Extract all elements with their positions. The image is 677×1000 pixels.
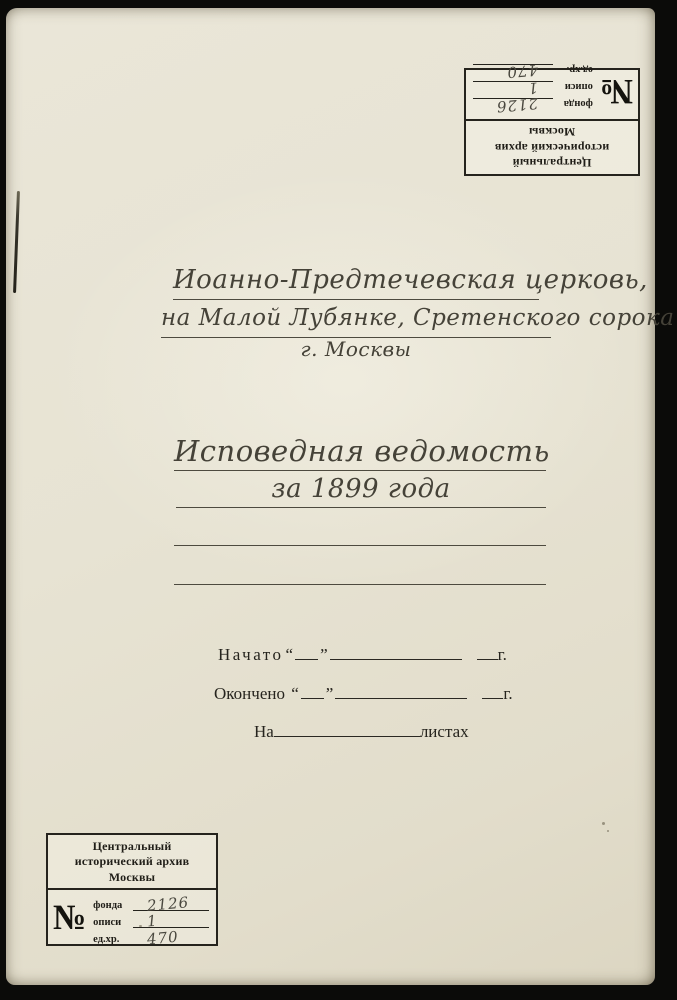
church-name-line3-handwritten: г. Москвы: [256, 337, 456, 361]
stamp-title-line: исторический архив: [50, 854, 214, 869]
edhr-label: ед.хр.: [93, 934, 133, 945]
paper-speck: [607, 830, 609, 832]
edhr-number-handwritten: 470: [506, 61, 539, 82]
paper-speck: [139, 925, 142, 927]
archive-stamp-top: Центральный исторический архив Москвы № …: [464, 68, 640, 176]
church-name-line2-handwritten: на Малой Лубянке, Сретенского сорока: [161, 305, 551, 338]
document-type-handwritten: Исповедная ведомость: [174, 434, 546, 471]
archive-stamp-top-fields: фонда 2126 описи 1 ед.хр. 470: [473, 64, 593, 117]
edhr-blank-line: 470: [133, 927, 209, 945]
finished-label: Окончено: [214, 684, 285, 703]
church-name-line1-handwritten: Иоанно-Предтечевская церковь,: [173, 265, 539, 300]
paper-speck: [602, 822, 605, 825]
numero-sign: №: [600, 73, 633, 109]
empty-ruled-line: [174, 511, 546, 546]
started-form-line: Начато“”г.: [218, 645, 507, 665]
stamp-title-line: исторический архив: [468, 139, 636, 154]
close-quote: ”: [318, 645, 330, 664]
edhr-row: ед.хр. 470: [473, 64, 593, 81]
fond-blank-line: 2126: [133, 893, 209, 911]
opis-row: описи 1: [93, 911, 209, 928]
fond-label: фонда: [93, 900, 133, 911]
sheets-label: листах: [420, 722, 469, 741]
binding-thread: [13, 191, 20, 293]
opis-blank-line: 1: [133, 910, 209, 928]
started-year-suffix: г.: [498, 645, 507, 664]
finished-day-blank: [301, 698, 324, 699]
numero-sign: №: [53, 901, 86, 937]
archive-stamp-bottom-body: № фонда 2126 описи 1 ед.хр. 470: [48, 890, 216, 948]
stamp-title-line: Москвы: [50, 870, 214, 885]
archive-stamp-top-body: № фонда 2126 описи 1 ед.хр. 470: [466, 61, 638, 119]
opis-blank-line: 1: [473, 81, 553, 99]
started-day-blank: [295, 659, 318, 660]
started-month-blank: [330, 659, 462, 660]
started-label: Начато: [218, 645, 284, 664]
on-label: На: [254, 722, 274, 741]
sheets-form-line: Налистах: [254, 722, 469, 742]
open-quote: “: [289, 684, 301, 703]
opis-label: описи: [93, 917, 133, 928]
finished-form-line: Окончено “”г.: [214, 684, 513, 704]
archive-stamp-bottom: Центральный исторический архив Москвы № …: [46, 833, 218, 946]
stamp-title-line: Москвы: [468, 124, 636, 139]
stamp-title-line: Центральный: [50, 839, 214, 854]
opis-row: описи 1: [473, 81, 593, 98]
fond-row: фонда 2126: [93, 894, 209, 911]
empty-ruled-line: [174, 550, 546, 585]
finished-year-suffix: г.: [503, 684, 512, 703]
document-cover-page: Центральный исторический архив Москвы № …: [6, 8, 655, 985]
finished-month-blank: [335, 698, 467, 699]
sheets-count-blank: [274, 736, 420, 737]
edhr-label: ед.хр.: [553, 64, 593, 75]
open-quote: “: [284, 645, 296, 664]
fond-blank-line: 2126: [473, 98, 553, 116]
edhr-number-handwritten: 470: [146, 928, 179, 949]
opis-label: описи: [553, 81, 593, 92]
document-year-handwritten: за 1899 года: [176, 474, 546, 508]
close-quote: ”: [324, 684, 336, 703]
fond-row: фонда 2126: [473, 98, 593, 115]
archive-stamp-bottom-title: Центральный исторический архив Москвы: [48, 835, 216, 890]
finished-year-blank: [482, 698, 503, 699]
fond-label: фонда: [553, 98, 593, 109]
edhr-blank-line: 470: [473, 64, 553, 82]
archive-stamp-top-title: Центральный исторический архив Москвы: [466, 119, 638, 174]
edhr-row: ед.хр. 470: [93, 928, 209, 945]
stamp-title-line: Центральный: [468, 155, 636, 170]
started-year-blank: [477, 659, 498, 660]
archive-stamp-bottom-fields: фонда 2126 описи 1 ед.хр. 470: [93, 892, 209, 945]
